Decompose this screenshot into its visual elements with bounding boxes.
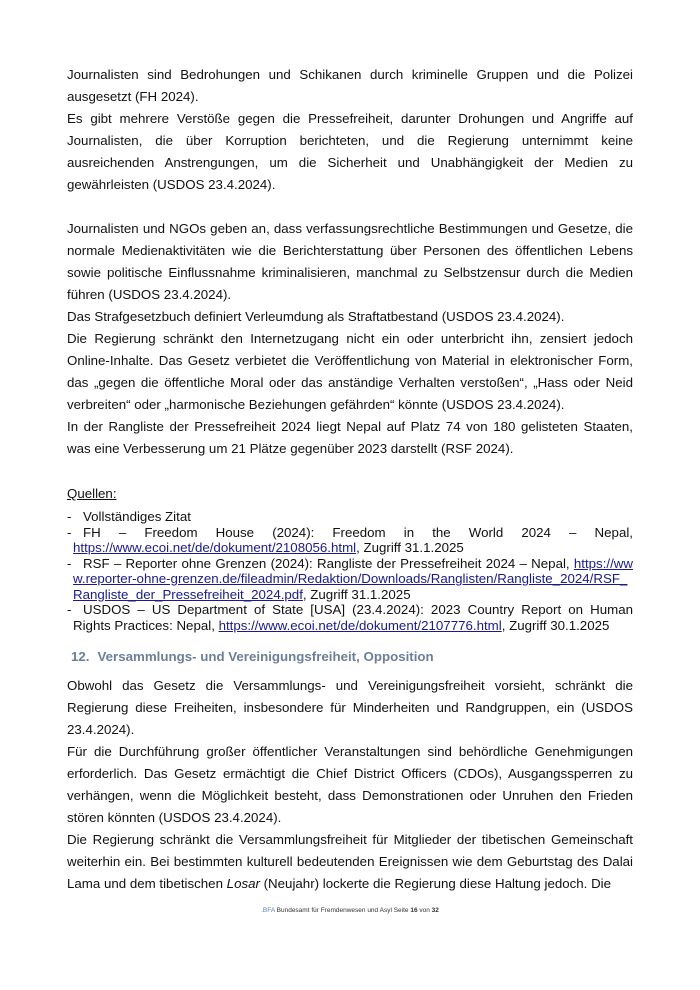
paragraph: Die Regierung schränkt den Internetzugan…: [67, 328, 633, 416]
paragraph: Für die Durchführung großer öffentlicher…: [67, 741, 633, 829]
section-heading: 12.Versammlungs- und Vereinigungsfreihei…: [71, 647, 633, 667]
sources-list: -Vollständiges Zitat -FH – Freedom House…: [67, 509, 633, 633]
sources-title: Quellen:: [67, 486, 633, 502]
paragraph: Die Regierung schränkt die Versammlungsf…: [67, 829, 633, 895]
source-item: -RSF – Reporter ohne Grenzen (2024): Ran…: [67, 556, 633, 603]
paragraph: Es gibt mehrere Verstöße gegen die Press…: [67, 108, 633, 196]
section-title: Versammlungs- und Vereinigungsfreiheit, …: [98, 649, 434, 664]
page-total: 32: [432, 907, 439, 914]
source-item: -USDOS – US Department of State [USA] (2…: [67, 602, 633, 633]
paragraph: In der Rangliste der Pressefreiheit 2024…: [67, 416, 633, 460]
source-item: -FH – Freedom House (2024): Freedom in t…: [67, 525, 633, 556]
bfa-logo: .BFA: [261, 907, 275, 914]
source-item: -Vollständiges Zitat: [67, 509, 633, 525]
paragraph: Journalisten und NGOs geben an, dass ver…: [67, 218, 633, 306]
paragraph: Das Strafgesetzbuch definiert Verleumdun…: [67, 306, 633, 328]
source-link[interactable]: https://www.ecoi.net/de/dokument/2108056…: [73, 540, 356, 555]
page-number: 16: [410, 907, 417, 914]
page-footer: .BFA Bundesamt für Fremdenwesen und Asyl…: [0, 907, 700, 914]
section-number: 12.: [71, 649, 90, 664]
paragraph: Obwohl das Gesetz die Versammlungs- und …: [67, 675, 633, 741]
paragraph: Journalisten sind Bedrohungen und Schika…: [67, 64, 633, 108]
document-page: Journalisten sind Bedrohungen und Schika…: [67, 64, 633, 895]
source-link[interactable]: https://www.ecoi.net/de/dokument/2107776…: [219, 618, 502, 633]
